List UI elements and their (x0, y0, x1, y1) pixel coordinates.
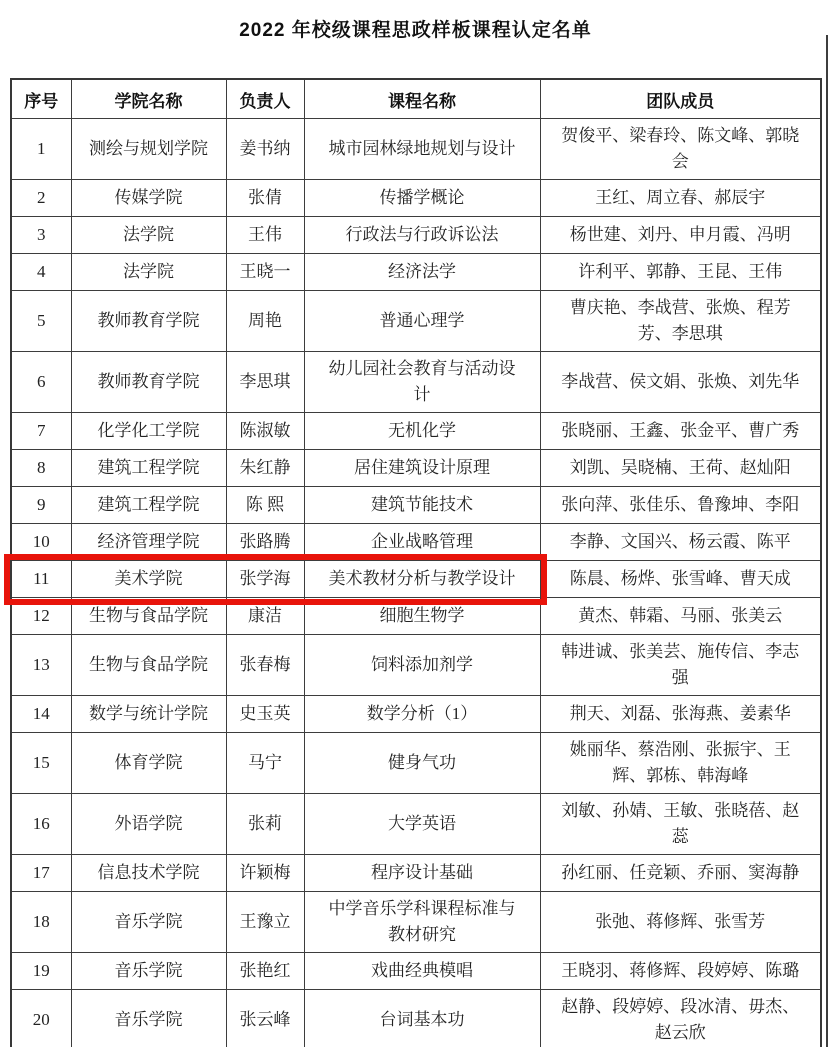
table-row: 15体育学院马宁健身气功姚丽华、蔡浩刚、张振宇、王辉、郭栋、韩海峰 (11, 733, 821, 794)
cell-leader: 王晓一 (226, 254, 304, 291)
cell-leader: 陈 熙 (226, 487, 304, 524)
cell-members: 许利平、郭静、王昆、王伟 (540, 254, 821, 291)
cell-leader: 王伟 (226, 217, 304, 254)
cell-members: 杨世建、刘丹、申月霞、冯明 (540, 217, 821, 254)
cell-college: 美术学院 (71, 561, 226, 598)
cell-course: 饲料添加剂学 (304, 635, 540, 696)
cell-leader: 张倩 (226, 180, 304, 217)
table-row: 2传媒学院张倩传播学概论王红、周立春、郝辰宇 (11, 180, 821, 217)
cell-no: 11 (11, 561, 71, 598)
cell-course: 细胞生物学 (304, 598, 540, 635)
cell-no: 8 (11, 450, 71, 487)
table-row: 4法学院王晓一经济法学许利平、郭静、王昆、王伟 (11, 254, 821, 291)
cell-college: 传媒学院 (71, 180, 226, 217)
table-row: 20音乐学院张云峰台词基本功赵静、段婷婷、段冰清、毋杰、赵云欣 (11, 990, 821, 1047)
cell-course: 城市园林绿地规划与设计 (304, 119, 540, 180)
cell-college: 化学化工学院 (71, 413, 226, 450)
table-body: 1测绘与规划学院姜书纳城市园林绿地规划与设计贺俊平、梁春玲、陈文峰、郭晓会2传媒… (11, 119, 821, 1047)
cell-no: 20 (11, 990, 71, 1047)
cell-course: 数学分析（1） (304, 696, 540, 733)
cell-leader: 朱红静 (226, 450, 304, 487)
cell-course: 传播学概论 (304, 180, 540, 217)
cell-college: 体育学院 (71, 733, 226, 794)
cell-course: 美术教材分析与教学设计 (304, 561, 540, 598)
table-row: 17信息技术学院许颖梅程序设计基础孙红丽、任竞颖、乔丽、窦海静 (11, 855, 821, 892)
cell-leader: 姜书纳 (226, 119, 304, 180)
cell-college: 建筑工程学院 (71, 450, 226, 487)
cell-leader: 史玉英 (226, 696, 304, 733)
table-row: 18音乐学院王豫立中学音乐学科课程标准与教材研究张弛、蒋修辉、张雪芳 (11, 892, 821, 953)
header-course: 课程名称 (304, 79, 540, 119)
cell-college: 建筑工程学院 (71, 487, 226, 524)
cell-no: 12 (11, 598, 71, 635)
cell-members: 张晓丽、王鑫、张金平、曹广秀 (540, 413, 821, 450)
cell-leader: 张春梅 (226, 635, 304, 696)
cell-course: 普通心理学 (304, 291, 540, 352)
table-row: 9建筑工程学院陈 熙建筑节能技术张向萍、张佳乐、鲁豫坤、李阳 (11, 487, 821, 524)
table-row: 16外语学院张莉大学英语刘敏、孙婧、王敏、张晓蓓、赵蕊 (11, 794, 821, 855)
cell-no: 16 (11, 794, 71, 855)
cell-members: 孙红丽、任竞颖、乔丽、窦海静 (540, 855, 821, 892)
cell-members: 曹庆艳、李战营、张焕、程芳芳、李思琪 (540, 291, 821, 352)
header-college: 学院名称 (71, 79, 226, 119)
cell-no: 6 (11, 352, 71, 413)
cell-members: 李静、文国兴、杨云霞、陈平 (540, 524, 821, 561)
cell-members: 韩进诚、张美芸、施传信、李志强 (540, 635, 821, 696)
cell-leader: 王豫立 (226, 892, 304, 953)
cell-course: 健身气功 (304, 733, 540, 794)
cell-college: 生物与食品学院 (71, 598, 226, 635)
cell-leader: 许颖梅 (226, 855, 304, 892)
table-row: 6教师教育学院李思琪幼儿园社会教育与活动设计李战营、侯文娟、张焕、刘先华 (11, 352, 821, 413)
cell-no: 5 (11, 291, 71, 352)
cell-members: 王红、周立春、郝辰宇 (540, 180, 821, 217)
cell-no: 17 (11, 855, 71, 892)
cell-members: 张向萍、张佳乐、鲁豫坤、李阳 (540, 487, 821, 524)
table-row: 13生物与食品学院张春梅饲料添加剂学韩进诚、张美芸、施传信、李志强 (11, 635, 821, 696)
document-page: 2022 年校级课程思政样板课程认定名单 序号 学院名称 负责人 课程名称 团队… (0, 0, 831, 1047)
cell-college: 数学与统计学院 (71, 696, 226, 733)
cell-members: 王晓羽、蒋修辉、段婷婷、陈璐 (540, 953, 821, 990)
cell-college: 外语学院 (71, 794, 226, 855)
cell-leader: 张学海 (226, 561, 304, 598)
page-right-border (826, 35, 828, 1047)
cell-college: 测绘与规划学院 (71, 119, 226, 180)
cell-course: 大学英语 (304, 794, 540, 855)
cell-course: 企业战略管理 (304, 524, 540, 561)
cell-course: 行政法与行政诉讼法 (304, 217, 540, 254)
cell-college: 经济管理学院 (71, 524, 226, 561)
cell-no: 1 (11, 119, 71, 180)
cell-course: 建筑节能技术 (304, 487, 540, 524)
cell-leader: 李思琪 (226, 352, 304, 413)
cell-leader: 张云峰 (226, 990, 304, 1047)
cell-course: 中学音乐学科课程标准与教材研究 (304, 892, 540, 953)
cell-college: 法学院 (71, 254, 226, 291)
cell-leader: 康洁 (226, 598, 304, 635)
cell-leader: 周艳 (226, 291, 304, 352)
table-row: 14数学与统计学院史玉英数学分析（1）荆天、刘磊、张海燕、姜素华 (11, 696, 821, 733)
cell-college: 法学院 (71, 217, 226, 254)
cell-members: 李战营、侯文娟、张焕、刘先华 (540, 352, 821, 413)
cell-no: 10 (11, 524, 71, 561)
cell-course: 幼儿园社会教育与活动设计 (304, 352, 540, 413)
cell-members: 张弛、蒋修辉、张雪芳 (540, 892, 821, 953)
cell-course: 居住建筑设计原理 (304, 450, 540, 487)
header-leader: 负责人 (226, 79, 304, 119)
table-row: 3法学院王伟行政法与行政诉讼法杨世建、刘丹、申月霞、冯明 (11, 217, 821, 254)
table-row: 7化学化工学院陈淑敏无机化学张晓丽、王鑫、张金平、曹广秀 (11, 413, 821, 450)
table-row: 19音乐学院张艳红戏曲经典模唱王晓羽、蒋修辉、段婷婷、陈璐 (11, 953, 821, 990)
table-row: 5教师教育学院周艳普通心理学曹庆艳、李战营、张焕、程芳芳、李思琪 (11, 291, 821, 352)
cell-leader: 张路腾 (226, 524, 304, 561)
cell-members: 黄杰、韩霜、马丽、张美云 (540, 598, 821, 635)
cell-members: 贺俊平、梁春玲、陈文峰、郭晓会 (540, 119, 821, 180)
cell-college: 生物与食品学院 (71, 635, 226, 696)
header-no: 序号 (11, 79, 71, 119)
table-row: 11美术学院张学海美术教材分析与教学设计陈晨、杨烨、张雪峰、曹天成 (11, 561, 821, 598)
cell-no: 7 (11, 413, 71, 450)
cell-no: 4 (11, 254, 71, 291)
table-row: 1测绘与规划学院姜书纳城市园林绿地规划与设计贺俊平、梁春玲、陈文峰、郭晓会 (11, 119, 821, 180)
table-row: 12生物与食品学院康洁细胞生物学黄杰、韩霜、马丽、张美云 (11, 598, 821, 635)
cell-college: 音乐学院 (71, 990, 226, 1047)
cell-members: 陈晨、杨烨、张雪峰、曹天成 (540, 561, 821, 598)
cell-members: 赵静、段婷婷、段冰清、毋杰、赵云欣 (540, 990, 821, 1047)
cell-members: 荆天、刘磊、张海燕、姜素华 (540, 696, 821, 733)
cell-no: 13 (11, 635, 71, 696)
cell-college: 教师教育学院 (71, 352, 226, 413)
cell-course: 台词基本功 (304, 990, 540, 1047)
cell-course: 经济法学 (304, 254, 540, 291)
cell-college: 音乐学院 (71, 953, 226, 990)
cell-no: 19 (11, 953, 71, 990)
cell-no: 18 (11, 892, 71, 953)
cell-course: 戏曲经典模唱 (304, 953, 540, 990)
cell-course: 无机化学 (304, 413, 540, 450)
cell-members: 刘敏、孙婧、王敏、张晓蓓、赵蕊 (540, 794, 821, 855)
table-row: 10经济管理学院张路腾企业战略管理李静、文国兴、杨云霞、陈平 (11, 524, 821, 561)
cell-leader: 陈淑敏 (226, 413, 304, 450)
cell-no: 15 (11, 733, 71, 794)
table-header-row: 序号 学院名称 负责人 课程名称 团队成员 (11, 79, 821, 119)
cell-college: 教师教育学院 (71, 291, 226, 352)
cell-members: 姚丽华、蔡浩刚、张振宇、王辉、郭栋、韩海峰 (540, 733, 821, 794)
cell-college: 音乐学院 (71, 892, 226, 953)
cell-leader: 马宁 (226, 733, 304, 794)
cell-college: 信息技术学院 (71, 855, 226, 892)
document-title: 2022 年校级课程思政样板课程认定名单 (0, 15, 831, 42)
cell-leader: 张莉 (226, 794, 304, 855)
cell-no: 9 (11, 487, 71, 524)
cell-no: 3 (11, 217, 71, 254)
cell-leader: 张艳红 (226, 953, 304, 990)
header-members: 团队成员 (540, 79, 821, 119)
cell-members: 刘凯、吴晓楠、王荷、赵灿阳 (540, 450, 821, 487)
cell-no: 14 (11, 696, 71, 733)
cell-course: 程序设计基础 (304, 855, 540, 892)
cell-no: 2 (11, 180, 71, 217)
course-roster-table: 序号 学院名称 负责人 课程名称 团队成员 1测绘与规划学院姜书纳城市园林绿地规… (10, 78, 822, 1047)
table-row: 8建筑工程学院朱红静居住建筑设计原理刘凯、吴晓楠、王荷、赵灿阳 (11, 450, 821, 487)
